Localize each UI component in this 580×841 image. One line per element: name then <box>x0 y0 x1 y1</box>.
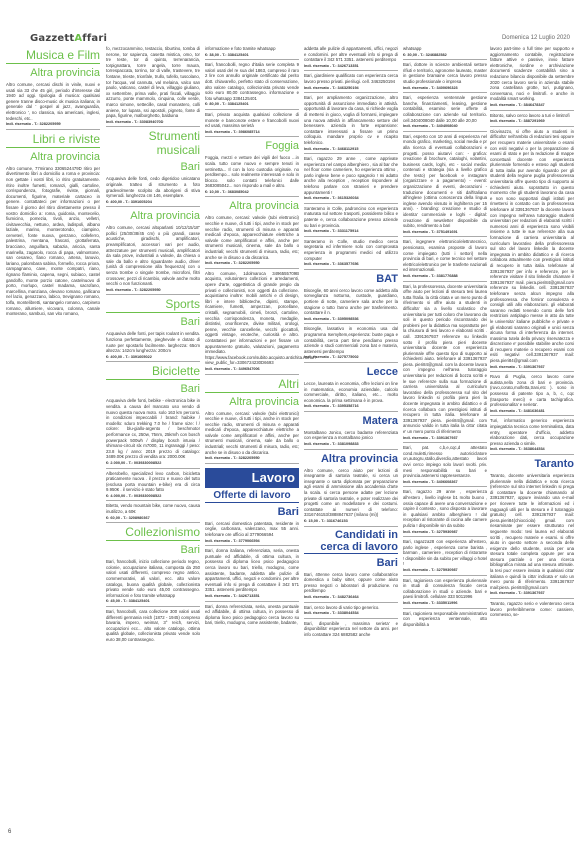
category-heading: Collezionismo <box>106 525 200 541</box>
area-heading: Altra provincia <box>304 453 398 465</box>
masthead-logo: GazzettAffari <box>30 33 107 44</box>
classified-ad: Altro comune, cercasi: valvole (tubi ele… <box>205 411 299 456</box>
ad-contact: Indi. riservato - T.: 3779066594 <box>205 539 299 547</box>
category-heading: Biciclette <box>106 364 200 380</box>
classified-ad: Lecce, laureata in economia, offre lezio… <box>304 381 398 403</box>
subsection-heading: Offerte di lavoro <box>205 490 299 503</box>
classified-ad: Bari, privato acquista qualsiasi collezi… <box>205 112 299 129</box>
classified-ad: Bari, donna referenziata, seria, onesta … <box>205 604 299 626</box>
area-heading: Bari <box>106 383 200 395</box>
ad-contact: Indi. riservato - T.: 3482736464 <box>304 595 398 603</box>
area-heading: BAT <box>304 273 398 285</box>
classified-ad: Altro comune, cerco aiuto per lezioni di… <box>304 468 398 518</box>
classified-ad: Bari, dottore in scienze ambientali sett… <box>403 62 487 84</box>
column-4: addetta alle pulizie di appartamenti, uf… <box>304 46 398 639</box>
ad-contact: Indi. riservato - T.: 3391367937 <box>403 436 487 444</box>
classified-ad: Bitetto, vendo mountain bike, come nuovo… <box>106 503 200 514</box>
page-number: 6 <box>8 829 11 835</box>
classified-ad: addetta alle pulizie di appartamenti, uf… <box>304 46 398 63</box>
category-heading: Altri <box>205 377 299 393</box>
classified-ad: Bari, ragazzo 29 anne , come apprivate e… <box>304 156 398 195</box>
ad-contact: Indi. riservato - T.: 3363577656 <box>304 262 398 270</box>
area-heading: Bari <box>205 506 299 518</box>
classified-ad: lavoro part-time o full time per support… <box>490 46 574 102</box>
ad-contact: Indi. riservato - T.: 3282205950 <box>205 261 299 269</box>
ad-contact: Indi. riservato - T.: 3481636481 <box>490 409 574 417</box>
classified-ad: Taranto, ragazzo serio e volenteroso cer… <box>490 601 574 618</box>
ad-contact: Indi. riservato - T.: 3308394070D <box>106 120 200 128</box>
classified-ad: Giovinazzo, si offre aiuto a studenti in… <box>490 129 574 364</box>
classified-ad: Bari, ragazzo 29 anne , esperienza all'e… <box>403 489 487 528</box>
ad-contact: Indi. riservato - T.: 3381098833 <box>304 442 398 450</box>
ad-contact: Indi. riservato - T.: 3275775002 <box>304 355 398 363</box>
classified-ad: Bari, per ampliamento organizzazione, al… <box>304 95 398 145</box>
classified-ad: Bari, pat. c,b,e,cqc,d attestato cond.mu… <box>403 445 487 479</box>
column-2: fo, mezzocammino, testaccio, tiburtino, … <box>106 46 200 644</box>
ad-contact: Indi. riservato - T.: 3400696323 <box>403 86 487 94</box>
area-heading: Matera <box>304 415 398 427</box>
area-heading: Altra provincia <box>205 200 299 212</box>
ad-contact: Indi. riservato - T.: 3282205950 <box>106 288 200 296</box>
classified-ad: Bari, giardiniere qualificato con esperi… <box>304 73 398 84</box>
classified-ad: Alberobello, specialized levo carbon, bi… <box>106 471 200 493</box>
ad-contact: Indi. riservato - T.: 3638644534 <box>490 447 574 455</box>
page-header: GazzettAffari Domenica 12 Luglio 2020 <box>0 0 580 30</box>
area-heading: Altra provincia <box>6 151 100 163</box>
ad-contact: €: 60,00 - T.: 3208980367 <box>106 516 200 524</box>
classified-ad: Acquaviva delle fonti, per tapis roulant… <box>106 331 200 353</box>
area-heading: Bari <box>106 544 200 556</box>
ad-contact: €: 38,00 - T.: 3384125401 <box>205 53 299 61</box>
classified-ad: Bisceglie, 60 anni cerco lavoro come add… <box>304 288 398 316</box>
area-heading: Lecce <box>304 366 398 378</box>
ad-contact: Indi. riservato - T.: 3615326034 <box>304 196 398 204</box>
classified-ad: Altro comune, cercasi: valvole (tubi ele… <box>205 215 299 260</box>
ad-contact: Indi. riservato - T.: 3331175914 <box>304 229 398 237</box>
ad-contact: €: 15,00 - T.: 3316746153 <box>304 519 398 527</box>
category-heading: Libri e riviste <box>6 132 100 148</box>
ad-contact: €: 2.000,00 - T.: 0039330008522 <box>106 461 200 469</box>
ad-contact: Indi. riservato - T.: 3496547006 <box>205 367 299 375</box>
classified-ad: Bari, disponibile , massima serieta' e d… <box>304 621 398 638</box>
classified-ad: informazione e foto tramite whatsapp <box>205 46 299 52</box>
ad-contact: €: 80,00 - T.: 3384125401 <box>205 102 299 110</box>
category-heading: Strumenti musicali <box>106 129 200 158</box>
ad-contact: Indi. riservato - T.: 3335011996 <box>403 601 487 609</box>
classified-ad: Bari, francobolli, regno d'italia serie … <box>205 62 299 101</box>
classified-ad: Bari, la professoressa, docente universi… <box>403 284 487 435</box>
classified-ad: Altro comune, 77mirano 3306524479D ritir… <box>6 166 100 317</box>
ad-contact: Indi. riservato - T.: 3406608367 <box>403 480 487 488</box>
classified-ad: Altro comune, cercasi dischi in vinile, … <box>6 82 100 121</box>
ad-contact: €: 30,00 - T.: 3246882582 <box>403 53 487 61</box>
classified-ad: Turi, informatico generico esperienza im… <box>490 418 574 446</box>
ad-contact: Indi. riservato - T.: 3391367937 <box>490 591 574 599</box>
issue-date: Domenica 12 Luglio 2020 <box>502 35 570 41</box>
classified-ad: Bari, donna italiana, referenziata, seri… <box>205 548 299 593</box>
area-heading: Taranto <box>490 458 574 470</box>
ad-contact: Indi. riservato - T.: 3395098536 <box>304 317 398 325</box>
ad-contact: €: 45,00 - T.: 3384125401 <box>106 599 200 607</box>
classified-ad: Acquaviva delle fonti, cedo digeridoo un… <box>106 176 200 198</box>
classified-ad: fo, mezzocammino, testaccio, tiburtino, … <box>106 46 200 119</box>
classified-ad: Taranto, docente universitaria esperienz… <box>490 473 574 590</box>
classified-ad: Bari, esperienza ventennale gestione ban… <box>403 95 487 123</box>
classified-ad: Bari, francobolli, cara collezione 300 v… <box>106 609 200 643</box>
ad-contact: Indi. riservato - T.: 3463250194 <box>304 86 398 94</box>
category-heading: Sports <box>106 297 200 313</box>
classified-ad: Montalbano Jonico, cerco badante referen… <box>304 430 398 441</box>
ad-contact: Indi. riservato - T.: 3395358716 <box>304 404 398 412</box>
column-1: Musica e Film Altra provincia Altro comu… <box>6 46 100 318</box>
classified-ad: Bari, cerco lavoro di vario tipo generic… <box>304 605 398 611</box>
classified-ad: Santeramo in Colle, padroncino con esper… <box>304 206 398 228</box>
ad-contact: Indi. riservato - T.: 3275930987 <box>403 530 487 538</box>
area-heading: Altra provincia <box>6 67 100 79</box>
ad-contact: €: 4.000,00 - T.: 0039330008522 <box>106 494 200 502</box>
classified-ad: Bitonto, salvo cerco lavoro a turi e lim… <box>490 113 574 119</box>
ad-contact: Indi. riservato - T.: 3426713351 <box>304 64 398 72</box>
classified-ad: Bari, cercasi domestica patentata, resid… <box>205 521 299 538</box>
classified-ad: Bisceglie, lassativo in economia usa dal… <box>304 326 398 354</box>
section-banner-lavoro: Lavoro <box>205 468 299 488</box>
classified-ad: Altro comune, 1dolmaroca 3496555709B acq… <box>205 271 299 366</box>
ad-contact: Indi. riservato - T.: 3887291969 <box>490 119 574 127</box>
ad-contact: Indi. riservato - T.: 3282205950 <box>205 456 299 464</box>
classified-ad: Bari, ragazza28 con esperienza all'ester… <box>403 539 487 567</box>
ad-contact: €: 10,00 - T.: 3683085042 <box>205 190 299 198</box>
subsection-heading: Candidati in cerca di lavoro <box>304 529 398 554</box>
classified-ad: Acquaviva delle fonti, bebike - electron… <box>106 398 200 460</box>
classified-ad: Santeramo in Colle, studio medico cerca … <box>304 239 398 261</box>
ad-contact: Indi. riservato - T.: 3381776888 <box>403 274 487 282</box>
classified-ad: Bari, ragioniera responsabile amministra… <box>403 611 487 628</box>
classified-ad: Bari, francobolli, inizio collezione per… <box>106 559 200 598</box>
ad-contact: Indi. riservato - T.: 3751491691 <box>403 230 487 238</box>
ad-contact: €: 400,00 - T.: 3391605204 <box>106 200 200 208</box>
area-heading: Bari <box>106 161 200 173</box>
classified-ad: Bari, ingegnere elettronico/elettrotecni… <box>403 239 487 273</box>
column-6: lavoro part-time o full time per support… <box>490 46 574 619</box>
area-heading: Foggia <box>205 140 299 152</box>
ad-contact: €: 400,00 - T.: 3391605022 <box>106 355 200 363</box>
ad-contact: Indi. riservato - T.: 3282205959 <box>6 122 100 130</box>
ad-contact: Indi. riservato - T.: 3275930987 <box>403 568 487 576</box>
ad-contact: Indi. riservato - T.: 3426713351 <box>205 594 299 602</box>
classified-ad: Bari, 40enne cerca lavoro come collabora… <box>304 572 398 594</box>
ad-contact: Indi. riservato - T.: 3391367937 <box>490 365 574 373</box>
classified-ad: Bari, ragioniera con esperienza plurienn… <box>403 578 487 600</box>
classified-ad: Altro comune, cercasi altoparlanti 10/12… <box>106 225 200 287</box>
classified-ad: Bari, esperto con 10 anni di esperienza … <box>403 134 487 229</box>
ad-contact: Indi. riservato - T.: 3986085714 <box>205 130 299 138</box>
area-heading: Altra provincia <box>106 210 200 222</box>
area-heading: Bari <box>106 316 200 328</box>
classified-ad: Foggia, mezzi e vetture dei vigili del f… <box>205 155 299 189</box>
area-heading: Altra provincia <box>205 396 299 408</box>
category-heading: Musica e Film <box>6 48 100 64</box>
ad-contact: Indi. riservato - T.: 3846478347 <box>490 103 574 111</box>
ad-contact: Indi. riservato - T.: 3338044534 <box>304 611 398 619</box>
classified-ad: Ruvo di Puglia, cerco lavoro come autist… <box>490 374 574 408</box>
area-heading: Bari <box>304 557 398 569</box>
ad-contact: Indi. riservato - T.: 3468112915 <box>304 147 398 155</box>
ad-contact: Indi. riservato - T.: 3404008040 <box>403 124 487 132</box>
classified-ad: whatsapp <box>403 46 487 52</box>
column-5: whatsapp €: 30,00 - T.: 3246882582 Bari,… <box>403 46 487 628</box>
column-3: informazione e foto tramite whatsapp €: … <box>205 46 299 627</box>
